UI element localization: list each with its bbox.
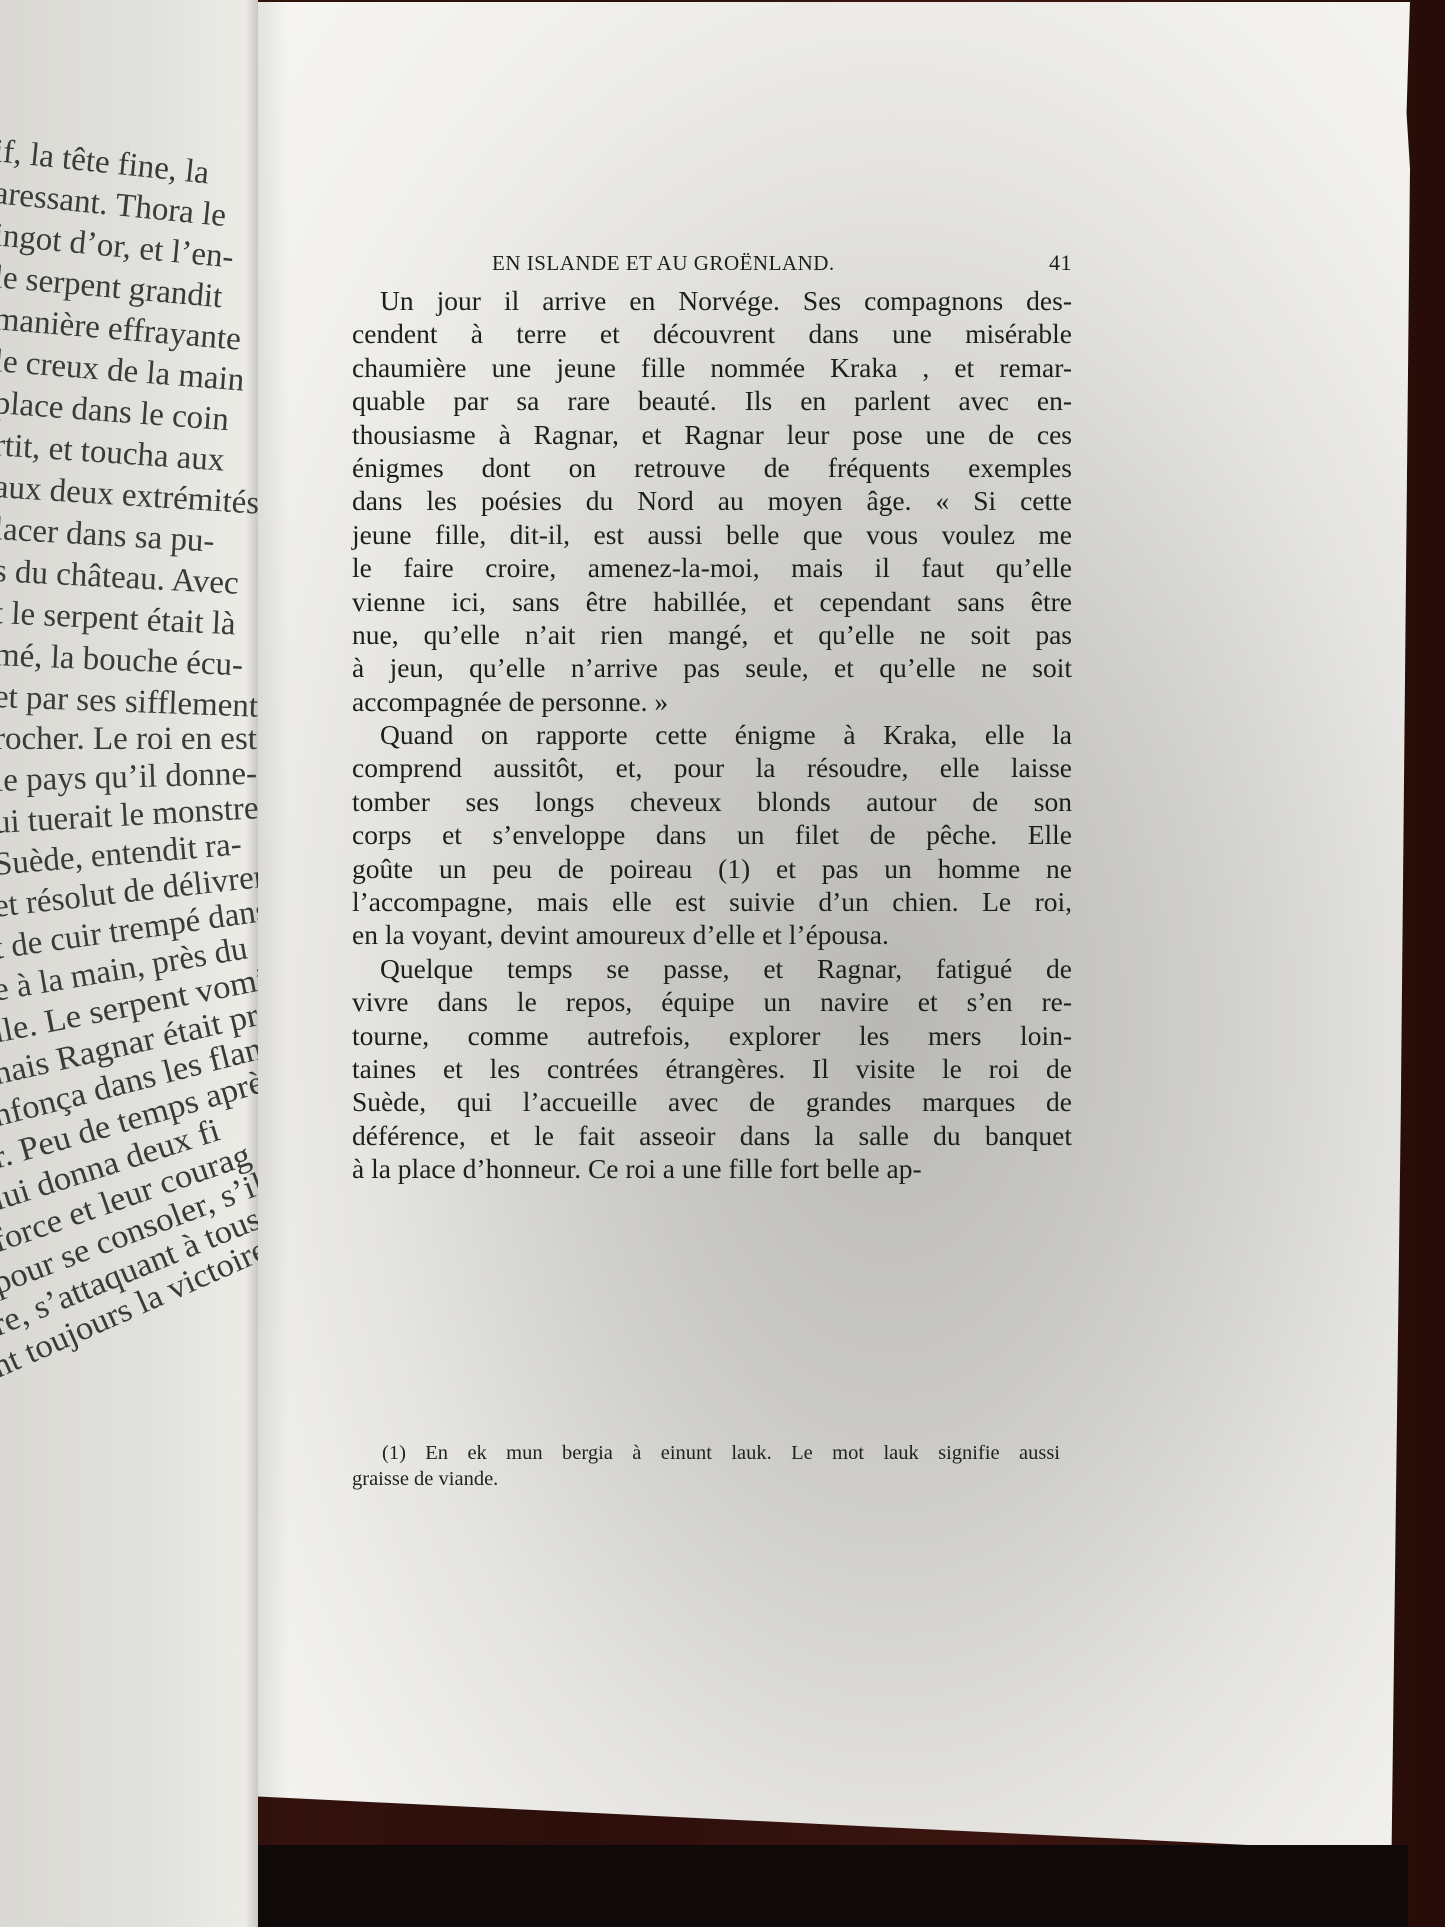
page-number: 41 xyxy=(1049,250,1072,276)
text-line: l’accompagne, mais elle est suivie d’un … xyxy=(352,885,1072,918)
text-line: à jeun, qu’elle n’arrive pas seule, et q… xyxy=(352,651,1072,684)
footnote-line: (1) En ek mun bergia à einunt lauk. Le m… xyxy=(352,1440,1060,1466)
text-line: énigmes dont on retrouve de fréquents ex… xyxy=(352,451,1072,484)
text-line: thousiasme à Ragnar, et Ragnar leur pose… xyxy=(352,418,1072,451)
text-line: dans les poésies du Nord au moyen âge. «… xyxy=(352,484,1072,517)
text-line: jeune fille, dit-il, est aussi belle que… xyxy=(352,518,1072,551)
text-line: Quand on rapporte cette énigme à Kraka, … xyxy=(352,718,1072,751)
right-page-text-block: EN ISLANDE ET AU GROËNLAND. 41 Un jour i… xyxy=(352,250,1072,1186)
text-line: vienne ici, sans être habillée, et cepen… xyxy=(352,585,1072,618)
gutter-shadow xyxy=(258,0,288,1850)
body-paragraphs: Un jour il arrive en Norvége. Ses compag… xyxy=(352,284,1072,1186)
paragraph: Quand on rapporte cette énigme à Kraka, … xyxy=(352,718,1072,952)
text-line: Suède, qui l’accueille avec de grandes m… xyxy=(352,1085,1072,1118)
text-line: comprend aussitôt, et, pour la résoudre,… xyxy=(352,751,1072,784)
text-line: déférence, et le fait asseoir dans la sa… xyxy=(352,1119,1072,1152)
left-page: if, la tête fine, laaressant. Thora lein… xyxy=(0,0,258,1927)
text-line: accompagnée de personne. » xyxy=(352,685,1072,718)
text-line: chaumière une jeune fille nommée Kraka ,… xyxy=(352,351,1072,384)
running-head-title: EN ISLANDE ET AU GROËNLAND. xyxy=(492,251,835,276)
footnote: (1) En ek mun bergia à einunt lauk. Le m… xyxy=(352,1440,1060,1492)
left-page-text: if, la tête fine, laaressant. Thora lein… xyxy=(0,130,258,1390)
text-line: Un jour il arrive en Norvége. Ses compag… xyxy=(352,284,1072,317)
running-head: EN ISLANDE ET AU GROËNLAND. 41 xyxy=(492,250,1072,276)
footnote-line: graisse de viande. xyxy=(352,1466,1060,1492)
text-line: le faire croire, amenez-la-moi, mais il … xyxy=(352,551,1072,584)
footnotes: (1) En ek mun bergia à einunt lauk. Le m… xyxy=(352,1440,1060,1492)
text-line: vivre dans le repos, équipe un navire et… xyxy=(352,985,1072,1018)
text-line: à la place d’honneur. Ce roi a une fille… xyxy=(352,1152,1072,1185)
text-line: en la voyant, devint amoureux d’elle et … xyxy=(352,918,1072,951)
paragraph: Quelque temps se passe, et Ragnar, fatig… xyxy=(352,952,1072,1186)
text-line: goûte un peu de poireau (1) et pas un ho… xyxy=(352,852,1072,885)
text-line: tomber ses longs cheveux blonds autour d… xyxy=(352,785,1072,818)
text-line: taines et les contrées étrangères. Il vi… xyxy=(352,1052,1072,1085)
text-line: corps et s’enveloppe dans un filet de pê… xyxy=(352,818,1072,851)
text-line: nue, qu’elle n’ait rien mangé, et qu’ell… xyxy=(352,618,1072,651)
text-line: Quelque temps se passe, et Ragnar, fatig… xyxy=(352,952,1072,985)
text-line: tourne, comme autrefois, explorer les me… xyxy=(352,1019,1072,1052)
dark-surface-below-book xyxy=(258,1845,1408,1927)
text-line: quable par sa rare beauté. Ils en parlen… xyxy=(352,384,1072,417)
text-line: cendent à terre et découvrent dans une m… xyxy=(352,317,1072,350)
paragraph: Un jour il arrive en Norvége. Ses compag… xyxy=(352,284,1072,718)
